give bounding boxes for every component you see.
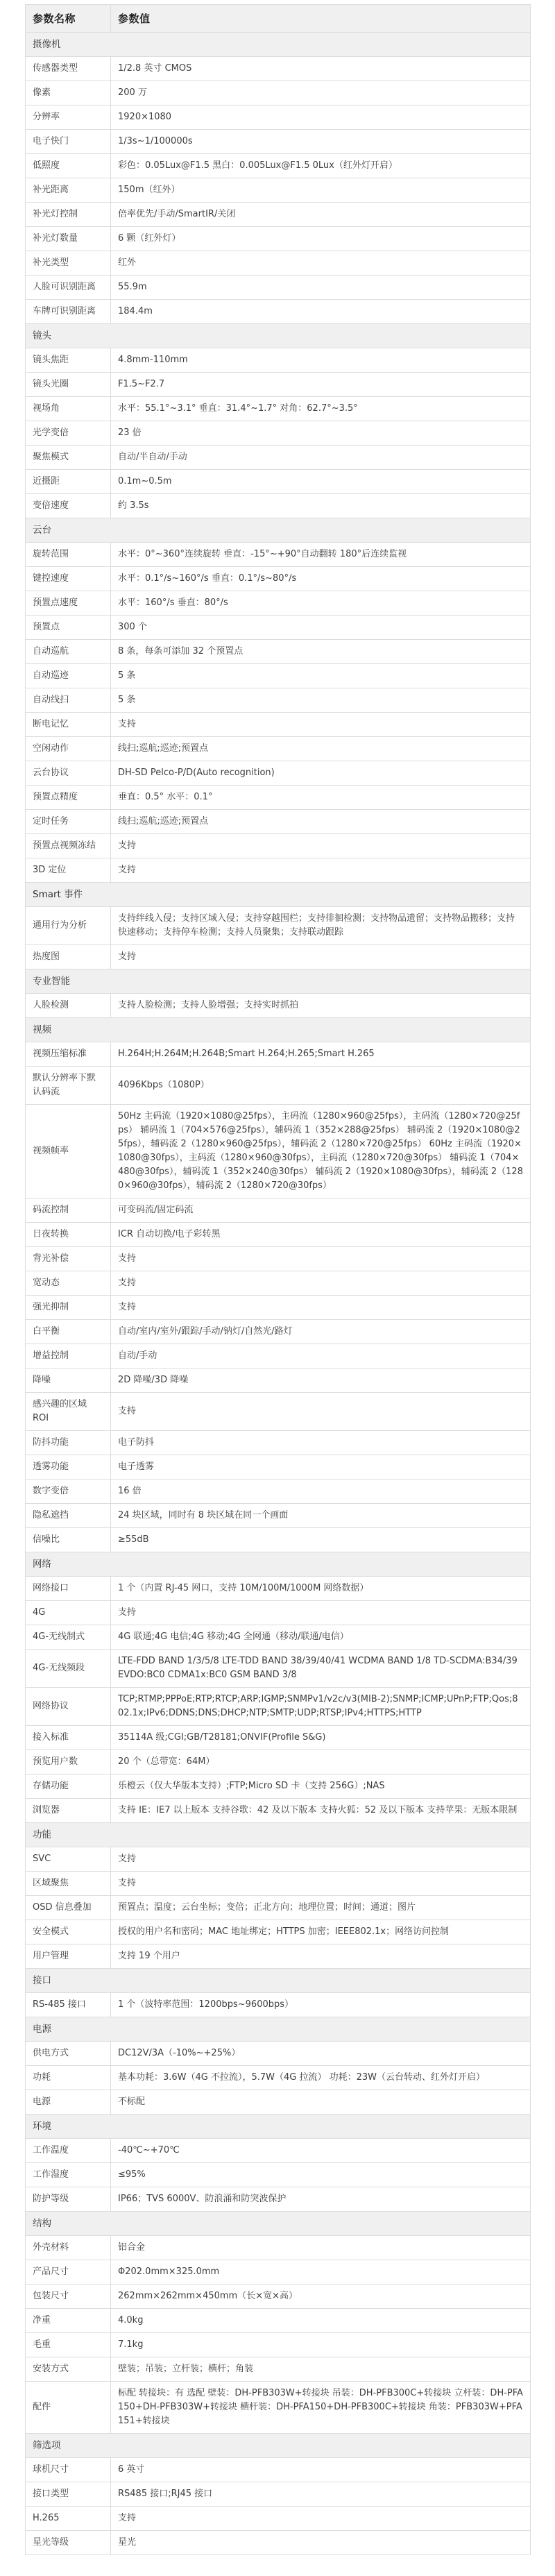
section-title: 筛选项 — [26, 2434, 531, 2458]
param-name-cell: 网络协议 — [26, 1688, 111, 1726]
param-value-cell: 支持 — [111, 1601, 531, 1625]
section-row: 专业智能 — [26, 969, 531, 994]
spec-row: 产品尺寸Φ202.0mm×325.0mm — [26, 2260, 531, 2285]
spec-row: 预置点视频冻结支持 — [26, 834, 531, 858]
param-value-cell: 0.1m~0.5m — [111, 470, 531, 494]
spec-table: 参数名称 参数值 摄像机传感器类型1/2.8 英寸 CMOS像素200 万分辨率… — [25, 4, 531, 2555]
param-name-cell: 电子快门 — [26, 130, 111, 154]
param-value-cell: 支持 — [111, 713, 531, 737]
table-header-row: 参数名称 参数值 — [26, 5, 531, 33]
param-value-cell: 4.8mm-110mm — [111, 348, 531, 373]
param-value-cell: 基本功耗：3.6W（4G 不拉流），5.7W（4G 拉流） 功耗：23W（云台转… — [111, 2066, 531, 2090]
param-value-cell: 4096Kbps（1080P） — [111, 1067, 531, 1105]
spec-row: 预置点速度水平：160°/s 垂直：80°/s — [26, 591, 531, 616]
param-name-cell: 安装方式 — [26, 2357, 111, 2382]
section-row: Smart 事件 — [26, 883, 531, 907]
param-name-cell: 降噪 — [26, 1368, 111, 1393]
spec-row: 接入标准35114A 级;CGI;GB/T28181;ONVIF(Profile… — [26, 1726, 531, 1750]
param-name-cell: 供电方式 — [26, 2042, 111, 2066]
spec-row: 电源不标配 — [26, 2090, 531, 2115]
section-title: 专业智能 — [26, 969, 531, 994]
spec-row: 分辨率1920×1080 — [26, 105, 531, 130]
spec-row: 用户管理支持 19 个用户 — [26, 1944, 531, 1969]
param-value-cell: 6 颗（红外灯） — [111, 227, 531, 251]
param-name-cell: 视场角 — [26, 397, 111, 421]
param-value-cell: 支持 — [111, 1271, 531, 1296]
spec-row: 像素200 万 — [26, 81, 531, 105]
param-name-cell: 近摄距 — [26, 470, 111, 494]
param-value-cell: H.264H;H.264M;H.264B;Smart H.264;H.265;S… — [111, 1042, 531, 1067]
spec-table-body: 摄像机传感器类型1/2.8 英寸 CMOS像素200 万分辨率1920×1080… — [26, 33, 531, 2555]
param-value-cell: 授权的用户名和密码；MAC 地址绑定；HTTPS 加密；IEEE802.1x；网… — [111, 1920, 531, 1944]
param-name-cell: OSD 信息叠加 — [26, 1896, 111, 1920]
section-row: 网络 — [26, 1552, 531, 1577]
param-value-cell: 线扫;巡航;巡迹;预置点 — [111, 737, 531, 761]
param-value-cell: 150m（红外） — [111, 178, 531, 203]
spec-row: 人脸检测支持人脸检测；支持人脸增强；支持实时抓拍 — [26, 994, 531, 1018]
spec-row: 外壳材料铝合金 — [26, 2236, 531, 2260]
param-value-cell: 支持 — [111, 1247, 531, 1271]
spec-row: SVC支持 — [26, 1847, 531, 1872]
spec-row: 感兴趣的区域 ROI支持 — [26, 1393, 531, 1431]
spec-row: 人脸可识别距离55.9m — [26, 276, 531, 300]
param-value-cell: ≤95% — [111, 2163, 531, 2187]
spec-row: 信噪比≥55dB — [26, 1528, 531, 1552]
param-value-cell: 5 条 — [111, 664, 531, 688]
param-value-cell: 水平：160°/s 垂直：80°/s — [111, 591, 531, 616]
param-name-cell: 增益控制 — [26, 1344, 111, 1368]
param-value-cell: 7.1kg — [111, 2333, 531, 2357]
section-row: 视频 — [26, 1018, 531, 1042]
param-value-cell: 5 条 — [111, 688, 531, 713]
spec-row: 预览用户数20 个（总带宽：64M） — [26, 1750, 531, 1774]
spec-row: 补光类型红外 — [26, 251, 531, 276]
param-name-cell: 补光类型 — [26, 251, 111, 276]
param-name-cell: 键控速度 — [26, 567, 111, 591]
param-name-cell: 空闲动作 — [26, 737, 111, 761]
spec-row: 4G-无线制式4G 联通;4G 电信;4G 移动;4G 全网通（移动/联通/电信… — [26, 1625, 531, 1650]
param-value-cell: 262mm×262mm×450mm（长×宽×高） — [111, 2285, 531, 2309]
param-value-cell: 200 万 — [111, 81, 531, 105]
param-name-cell: 感兴趣的区域 ROI — [26, 1393, 111, 1431]
param-name-cell: 补光灯数量 — [26, 227, 111, 251]
spec-row: 工作湿度≤95% — [26, 2163, 531, 2187]
spec-row: 默认分辨率下默认码流4096Kbps（1080P） — [26, 1067, 531, 1105]
section-title: Smart 事件 — [26, 883, 531, 907]
param-name-cell: 白平衡 — [26, 1320, 111, 1344]
section-row: 接口 — [26, 1969, 531, 1993]
param-name-cell: 星光等级 — [26, 2531, 111, 2555]
spec-row: 强光抑制支持 — [26, 1296, 531, 1320]
spec-row: 毛重7.1kg — [26, 2333, 531, 2357]
param-value-cell: 24 块区域，同时有 8 块区域在同一个画面 — [111, 1504, 531, 1528]
param-value-cell: LTE-FDD BAND 1/3/5/8 LTE-TDD BAND 38/39/… — [111, 1650, 531, 1688]
param-value-cell: 支持 — [111, 858, 531, 883]
spec-row: 降噪2D 降噪/3D 降噪 — [26, 1368, 531, 1393]
param-name-cell: 断电记忆 — [26, 713, 111, 737]
param-name-cell: 功耗 — [26, 2066, 111, 2090]
param-name-cell: 传感器类型 — [26, 57, 111, 81]
param-name-cell: 4G-无线制式 — [26, 1625, 111, 1650]
param-value-cell: TCP;RTMP;PPPoE;RTP;RTCP;ARP;IGMP;SNMPv1/… — [111, 1688, 531, 1726]
spec-row: 热度图支持 — [26, 945, 531, 969]
param-value-cell: 184.4m — [111, 300, 531, 324]
param-name-cell: 聚焦模式 — [26, 446, 111, 470]
param-value-cell: 倍率优先/手动/SmartIR/关闭 — [111, 203, 531, 227]
param-name-cell: 光学变倍 — [26, 421, 111, 446]
spec-row: 配件标配 转接块：有 选配 壁装：DH-PFB303W+转接块 吊装：DH-PF… — [26, 2382, 531, 2434]
spec-row: 定时任务线扫;巡航;巡迹;预置点 — [26, 810, 531, 834]
spec-row: 车牌可识别距离184.4m — [26, 300, 531, 324]
param-name-cell: 车牌可识别距离 — [26, 300, 111, 324]
param-value-cell: DC12V/3A（-10%~+25%） — [111, 2042, 531, 2066]
param-name-cell: SVC — [26, 1847, 111, 1872]
spec-row: 隐私遮挡24 块区域，同时有 8 块区域在同一个画面 — [26, 1504, 531, 1528]
param-value-cell: 35114A 级;CGI;GB/T28181;ONVIF(Profile S&G… — [111, 1726, 531, 1750]
param-value-cell: 6 英寸 — [111, 2458, 531, 2482]
spec-row: 码流控制可变码流/固定码流 — [26, 1198, 531, 1223]
param-value-cell: -40℃~+70℃ — [111, 2139, 531, 2163]
param-value-cell: 自动/手动 — [111, 1344, 531, 1368]
param-value-cell: 水平：55.1°~3.1° 垂直：31.4°~1.7° 对角：62.7°~3.5… — [111, 397, 531, 421]
section-title: 结构 — [26, 2212, 531, 2236]
section-title: 功能 — [26, 1823, 531, 1847]
param-value-cell: 支持人脸检测；支持人脸增强；支持实时抓拍 — [111, 994, 531, 1018]
param-value-cell: 支持 — [111, 1393, 531, 1431]
param-value-cell: 16 倍 — [111, 1480, 531, 1504]
param-name-cell: 变倍速度 — [26, 494, 111, 518]
spec-row: 近摄距0.1m~0.5m — [26, 470, 531, 494]
param-name-cell: 背光补偿 — [26, 1247, 111, 1271]
section-row: 功能 — [26, 1823, 531, 1847]
param-value-cell: 支持绊线入侵；支持区域入侵；支持穿越围栏；支持徘徊检测；支持物品遗留；支持物品搬… — [111, 907, 531, 945]
param-value-cell: 星光 — [111, 2531, 531, 2555]
param-name-cell: 自动巡航 — [26, 640, 111, 664]
param-name-cell: 人脸可识别距离 — [26, 276, 111, 300]
param-value-cell: ICR 自动切换/电子彩转黑 — [111, 1223, 531, 1247]
spec-row: 球机尺寸6 英寸 — [26, 2458, 531, 2482]
spec-row: 安全模式授权的用户名和密码；MAC 地址绑定；HTTPS 加密；IEEE802.… — [26, 1920, 531, 1944]
spec-row: 补光灯数量6 颗（红外灯） — [26, 227, 531, 251]
param-name-cell: 透雾功能 — [26, 1455, 111, 1480]
spec-row: H.265支持 — [26, 2507, 531, 2531]
param-name-cell: 热度图 — [26, 945, 111, 969]
param-value-cell: IP66；TVS 6000V、防浪涌和防突波保护 — [111, 2187, 531, 2212]
param-name-cell: 球机尺寸 — [26, 2458, 111, 2482]
param-value-cell: 支持 — [111, 945, 531, 969]
param-value-cell: 1 个（波特率范围：1200bps~9600bps） — [111, 1993, 531, 2017]
param-name-cell: 补光距离 — [26, 178, 111, 203]
param-name-cell: 工作温度 — [26, 2139, 111, 2163]
spec-row: 断电记忆支持 — [26, 713, 531, 737]
param-value-cell: 300 个 — [111, 616, 531, 640]
section-row: 环境 — [26, 2115, 531, 2139]
param-name-cell: 浏览器 — [26, 1799, 111, 1823]
param-name-cell: 人脸检测 — [26, 994, 111, 1018]
param-value-cell: 支持 19 个用户 — [111, 1944, 531, 1969]
spec-row: 浏览器支持 IE：IE7 以上版本 支持谷歌：42 及以下版本 支持火狐：52 … — [26, 1799, 531, 1823]
param-value-cell: 电子防抖 — [111, 1431, 531, 1455]
param-name-cell: 接入标准 — [26, 1726, 111, 1750]
param-name-cell: 数字变倍 — [26, 1480, 111, 1504]
param-value-cell: 不标配 — [111, 2090, 531, 2115]
param-value-cell: 20 个（总带宽：64M） — [111, 1750, 531, 1774]
param-value-cell: DH-SD Pelco-P/D(Auto recognition) — [111, 761, 531, 786]
param-value-cell: 支持 — [111, 1847, 531, 1872]
section-row: 镜头 — [26, 324, 531, 348]
param-value-cell: 可变码流/固定码流 — [111, 1198, 531, 1223]
param-value-cell: 水平：0°~360°连续旋转 垂直：-15°~+90°自动翻转 180°后连续监… — [111, 543, 531, 567]
spec-row: 镜头光圈F1.5~F2.7 — [26, 373, 531, 397]
param-value-cell: 8 条，每条可添加 32 个预置点 — [111, 640, 531, 664]
param-value-cell: 支持 — [111, 2507, 531, 2531]
param-value-cell: F1.5~F2.7 — [111, 373, 531, 397]
param-name-cell: 信噪比 — [26, 1528, 111, 1552]
section-row: 电源 — [26, 2017, 531, 2042]
param-name-cell: 预置点视频冻结 — [26, 834, 111, 858]
param-name-cell: 防抖功能 — [26, 1431, 111, 1455]
param-name-cell: 低照度 — [26, 154, 111, 178]
spec-row: 光学变倍23 倍 — [26, 421, 531, 446]
spec-row: 4G支持 — [26, 1601, 531, 1625]
param-value-cell: 壁装；吊装；立杆装；横杆；角装 — [111, 2357, 531, 2382]
param-name-cell: 产品尺寸 — [26, 2260, 111, 2285]
param-name-cell: 4G — [26, 1601, 111, 1625]
param-name-cell: RS-485 接口 — [26, 1993, 111, 2017]
spec-row: 补光灯控制倍率优先/手动/SmartIR/关闭 — [26, 203, 531, 227]
section-row: 筛选项 — [26, 2434, 531, 2458]
spec-row: 通用行为分析支持绊线入侵；支持区域入侵；支持穿越围栏；支持徘徊检测；支持物品遗留… — [26, 907, 531, 945]
spec-row: 安装方式壁装；吊装；立杆装；横杆；角装 — [26, 2357, 531, 2382]
param-name-cell: 隐私遮挡 — [26, 1504, 111, 1528]
param-name-cell: 旋转范围 — [26, 543, 111, 567]
section-title: 网络 — [26, 1552, 531, 1577]
section-row: 云台 — [26, 518, 531, 543]
param-name-cell: H.265 — [26, 2507, 111, 2531]
param-name-cell: 云台协议 — [26, 761, 111, 786]
spec-row: 区域聚焦支持 — [26, 1872, 531, 1896]
param-name-cell: 宽动态 — [26, 1271, 111, 1296]
spec-row: 自动巡迹5 条 — [26, 664, 531, 688]
param-name-cell: 包装尺寸 — [26, 2285, 111, 2309]
param-name-cell: 补光灯控制 — [26, 203, 111, 227]
param-name-cell: 强光抑制 — [26, 1296, 111, 1320]
param-value-cell: 50Hz 主码流（1920×1080@25fps），主码流（1280×960@2… — [111, 1105, 531, 1198]
col-header-param-value: 参数值 — [111, 5, 531, 33]
param-value-cell: 预置点；温度；云台坐标；变倍；正北方向；地理位置；时间；通道；图片 — [111, 1896, 531, 1920]
spec-row: 数字变倍16 倍 — [26, 1480, 531, 1504]
param-name-cell: 预置点精度 — [26, 786, 111, 810]
param-name-cell: 镜头焦距 — [26, 348, 111, 373]
spec-row: 增益控制自动/手动 — [26, 1344, 531, 1368]
param-value-cell: 2D 降噪/3D 降噪 — [111, 1368, 531, 1393]
spec-row: 背光补偿支持 — [26, 1247, 531, 1271]
spec-row: 聚焦模式自动/半自动/手动 — [26, 446, 531, 470]
param-value-cell: 1 个（内置 RJ-45 网口，支持 10M/100M/1000M 网络数据） — [111, 1577, 531, 1601]
param-value-cell: 4G 联通;4G 电信;4G 移动;4G 全网通（移动/联通/电信） — [111, 1625, 531, 1650]
spec-row: 视频帧率50Hz 主码流（1920×1080@25fps），主码流（1280×9… — [26, 1105, 531, 1198]
section-title: 镜头 — [26, 324, 531, 348]
param-name-cell: 外壳材料 — [26, 2236, 111, 2260]
section-title: 视频 — [26, 1018, 531, 1042]
param-value-cell: 1/3s~1/100000s — [111, 130, 531, 154]
spec-page: 参数名称 参数值 摄像机传感器类型1/2.8 英寸 CMOS像素200 万分辨率… — [0, 0, 555, 2576]
param-name-cell: 通用行为分析 — [26, 907, 111, 945]
spec-row: 传感器类型1/2.8 英寸 CMOS — [26, 57, 531, 81]
spec-row: 低照度彩色：0.05Lux@F1.5 黑白：0.005Lux@F1.5 0Lux… — [26, 154, 531, 178]
spec-row: 宽动态支持 — [26, 1271, 531, 1296]
section-title: 接口 — [26, 1969, 531, 1993]
section-row: 结构 — [26, 2212, 531, 2236]
spec-row: 日夜转换ICR 自动切换/电子彩转黑 — [26, 1223, 531, 1247]
param-name-cell: 视频帧率 — [26, 1105, 111, 1198]
param-value-cell: 23 倍 — [111, 421, 531, 446]
param-value-cell: RS485 接口;RJ45 接口 — [111, 2482, 531, 2507]
param-name-cell: 网络接口 — [26, 1577, 111, 1601]
param-value-cell: 自动/半自动/手动 — [111, 446, 531, 470]
param-value-cell: 红外 — [111, 251, 531, 276]
param-value-cell: 自动/室内/室外/跟踪/手动/钠灯/自然光/路灯 — [111, 1320, 531, 1344]
param-value-cell: Φ202.0mm×325.0mm — [111, 2260, 531, 2285]
param-value-cell: 水平：0.1°/s~160°/s 垂直：0.1°/s~80°/s — [111, 567, 531, 591]
spec-row: OSD 信息叠加预置点；温度；云台坐标；变倍；正北方向；地理位置；时间；通道；图… — [26, 1896, 531, 1920]
param-value-cell: 55.9m — [111, 276, 531, 300]
spec-row: 工作温度-40℃~+70℃ — [26, 2139, 531, 2163]
param-value-cell: 1920×1080 — [111, 105, 531, 130]
spec-row: 视频压缩标准H.264H;H.264M;H.264B;Smart H.264;H… — [26, 1042, 531, 1067]
param-name-cell: 分辨率 — [26, 105, 111, 130]
param-name-cell: 存储功能 — [26, 1774, 111, 1799]
param-name-cell: 日夜转换 — [26, 1223, 111, 1247]
spec-row: 镜头焦距4.8mm-110mm — [26, 348, 531, 373]
param-name-cell: 防护等级 — [26, 2187, 111, 2212]
param-value-cell: 彩色：0.05Lux@F1.5 黑白：0.005Lux@F1.5 0Lux（红外… — [111, 154, 531, 178]
spec-row: 视场角水平：55.1°~3.1° 垂直：31.4°~1.7° 对角：62.7°~… — [26, 397, 531, 421]
spec-row: 预置点精度垂直：0.5° 水平：0.1° — [26, 786, 531, 810]
param-value-cell: 线扫;巡航;巡迹;预置点 — [111, 810, 531, 834]
section-title: 电源 — [26, 2017, 531, 2042]
spec-row: 功耗基本功耗：3.6W（4G 不拉流），5.7W（4G 拉流） 功耗：23W（云… — [26, 2066, 531, 2090]
param-value-cell: 约 3.5s — [111, 494, 531, 518]
param-name-cell: 用户管理 — [26, 1944, 111, 1969]
spec-row: 预置点300 个 — [26, 616, 531, 640]
param-value-cell: 电子透雾 — [111, 1455, 531, 1480]
spec-row: 包装尺寸262mm×262mm×450mm（长×宽×高） — [26, 2285, 531, 2309]
spec-row: 4G-无线频段LTE-FDD BAND 1/3/5/8 LTE-TDD BAND… — [26, 1650, 531, 1688]
param-name-cell: 定时任务 — [26, 810, 111, 834]
param-name-cell: 自动巡迹 — [26, 664, 111, 688]
param-name-cell: 镜头光圈 — [26, 373, 111, 397]
spec-row: 网络接口1 个（内置 RJ-45 网口，支持 10M/100M/1000M 网络… — [26, 1577, 531, 1601]
spec-row: 接口类型RS485 接口;RJ45 接口 — [26, 2482, 531, 2507]
param-name-cell: 视频压缩标准 — [26, 1042, 111, 1067]
param-name-cell: 区域聚焦 — [26, 1872, 111, 1896]
param-name-cell: 预置点 — [26, 616, 111, 640]
spec-row: RS-485 接口1 个（波特率范围：1200bps~9600bps） — [26, 1993, 531, 2017]
spec-row: 旋转范围水平：0°~360°连续旋转 垂直：-15°~+90°自动翻转 180°… — [26, 543, 531, 567]
param-value-cell: 支持 — [111, 1872, 531, 1896]
param-value-cell: 支持 — [111, 834, 531, 858]
spec-row: 空闲动作线扫;巡航;巡迹;预置点 — [26, 737, 531, 761]
param-name-cell: 配件 — [26, 2382, 111, 2434]
spec-row: 电子快门1/3s~1/100000s — [26, 130, 531, 154]
param-name-cell: 3D 定位 — [26, 858, 111, 883]
param-name-cell: 毛重 — [26, 2333, 111, 2357]
spec-row: 存储功能乐橙云（仅大华版本支持）;FTP;Micro SD 卡（支持 256G）… — [26, 1774, 531, 1799]
section-row: 摄像机 — [26, 33, 531, 57]
param-value-cell: 标配 转接块：有 选配 壁装：DH-PFB303W+转接块 吊装：DH-PFB3… — [111, 2382, 531, 2434]
param-value-cell: 4.0kg — [111, 2309, 531, 2333]
spec-row: 防抖功能电子防抖 — [26, 1431, 531, 1455]
spec-row: 透雾功能电子透雾 — [26, 1455, 531, 1480]
param-name-cell: 预览用户数 — [26, 1750, 111, 1774]
spec-row: 白平衡自动/室内/室外/跟踪/手动/钠灯/自然光/路灯 — [26, 1320, 531, 1344]
param-name-cell: 码流控制 — [26, 1198, 111, 1223]
param-name-cell: 电源 — [26, 2090, 111, 2115]
param-value-cell: 1/2.8 英寸 CMOS — [111, 57, 531, 81]
spec-row: 供电方式DC12V/3A（-10%~+25%） — [26, 2042, 531, 2066]
spec-row: 自动线扫5 条 — [26, 688, 531, 713]
param-value-cell: ≥55dB — [111, 1528, 531, 1552]
param-value-cell: 支持 IE：IE7 以上版本 支持谷歌：42 及以下版本 支持火狐：52 及以下… — [111, 1799, 531, 1823]
spec-row: 净重4.0kg — [26, 2309, 531, 2333]
col-header-param-name: 参数名称 — [26, 5, 111, 33]
spec-row: 3D 定位支持 — [26, 858, 531, 883]
param-name-cell: 安全模式 — [26, 1920, 111, 1944]
param-name-cell: 接口类型 — [26, 2482, 111, 2507]
param-value-cell: 铝合金 — [111, 2236, 531, 2260]
param-name-cell: 工作湿度 — [26, 2163, 111, 2187]
spec-row: 键控速度水平：0.1°/s~160°/s 垂直：0.1°/s~80°/s — [26, 567, 531, 591]
spec-row: 星光等级星光 — [26, 2531, 531, 2555]
param-name-cell: 像素 — [26, 81, 111, 105]
section-title: 摄像机 — [26, 33, 531, 57]
spec-row: 补光距离150m（红外） — [26, 178, 531, 203]
param-value-cell: 垂直：0.5° 水平：0.1° — [111, 786, 531, 810]
param-name-cell: 自动线扫 — [26, 688, 111, 713]
param-name-cell: 默认分辨率下默认码流 — [26, 1067, 111, 1105]
section-title: 环境 — [26, 2115, 531, 2139]
spec-row: 防护等级IP66；TVS 6000V、防浪涌和防突波保护 — [26, 2187, 531, 2212]
spec-row: 自动巡航8 条，每条可添加 32 个预置点 — [26, 640, 531, 664]
spec-row: 云台协议DH-SD Pelco-P/D(Auto recognition) — [26, 761, 531, 786]
param-name-cell: 预置点速度 — [26, 591, 111, 616]
param-value-cell: 乐橙云（仅大华版本支持）;FTP;Micro SD 卡（支持 256G）;NAS — [111, 1774, 531, 1799]
param-name-cell: 净重 — [26, 2309, 111, 2333]
spec-row: 变倍速度约 3.5s — [26, 494, 531, 518]
param-name-cell: 4G-无线频段 — [26, 1650, 111, 1688]
spec-row: 网络协议TCP;RTMP;PPPoE;RTP;RTCP;ARP;IGMP;SNM… — [26, 1688, 531, 1726]
section-title: 云台 — [26, 518, 531, 543]
param-value-cell: 支持 — [111, 1296, 531, 1320]
